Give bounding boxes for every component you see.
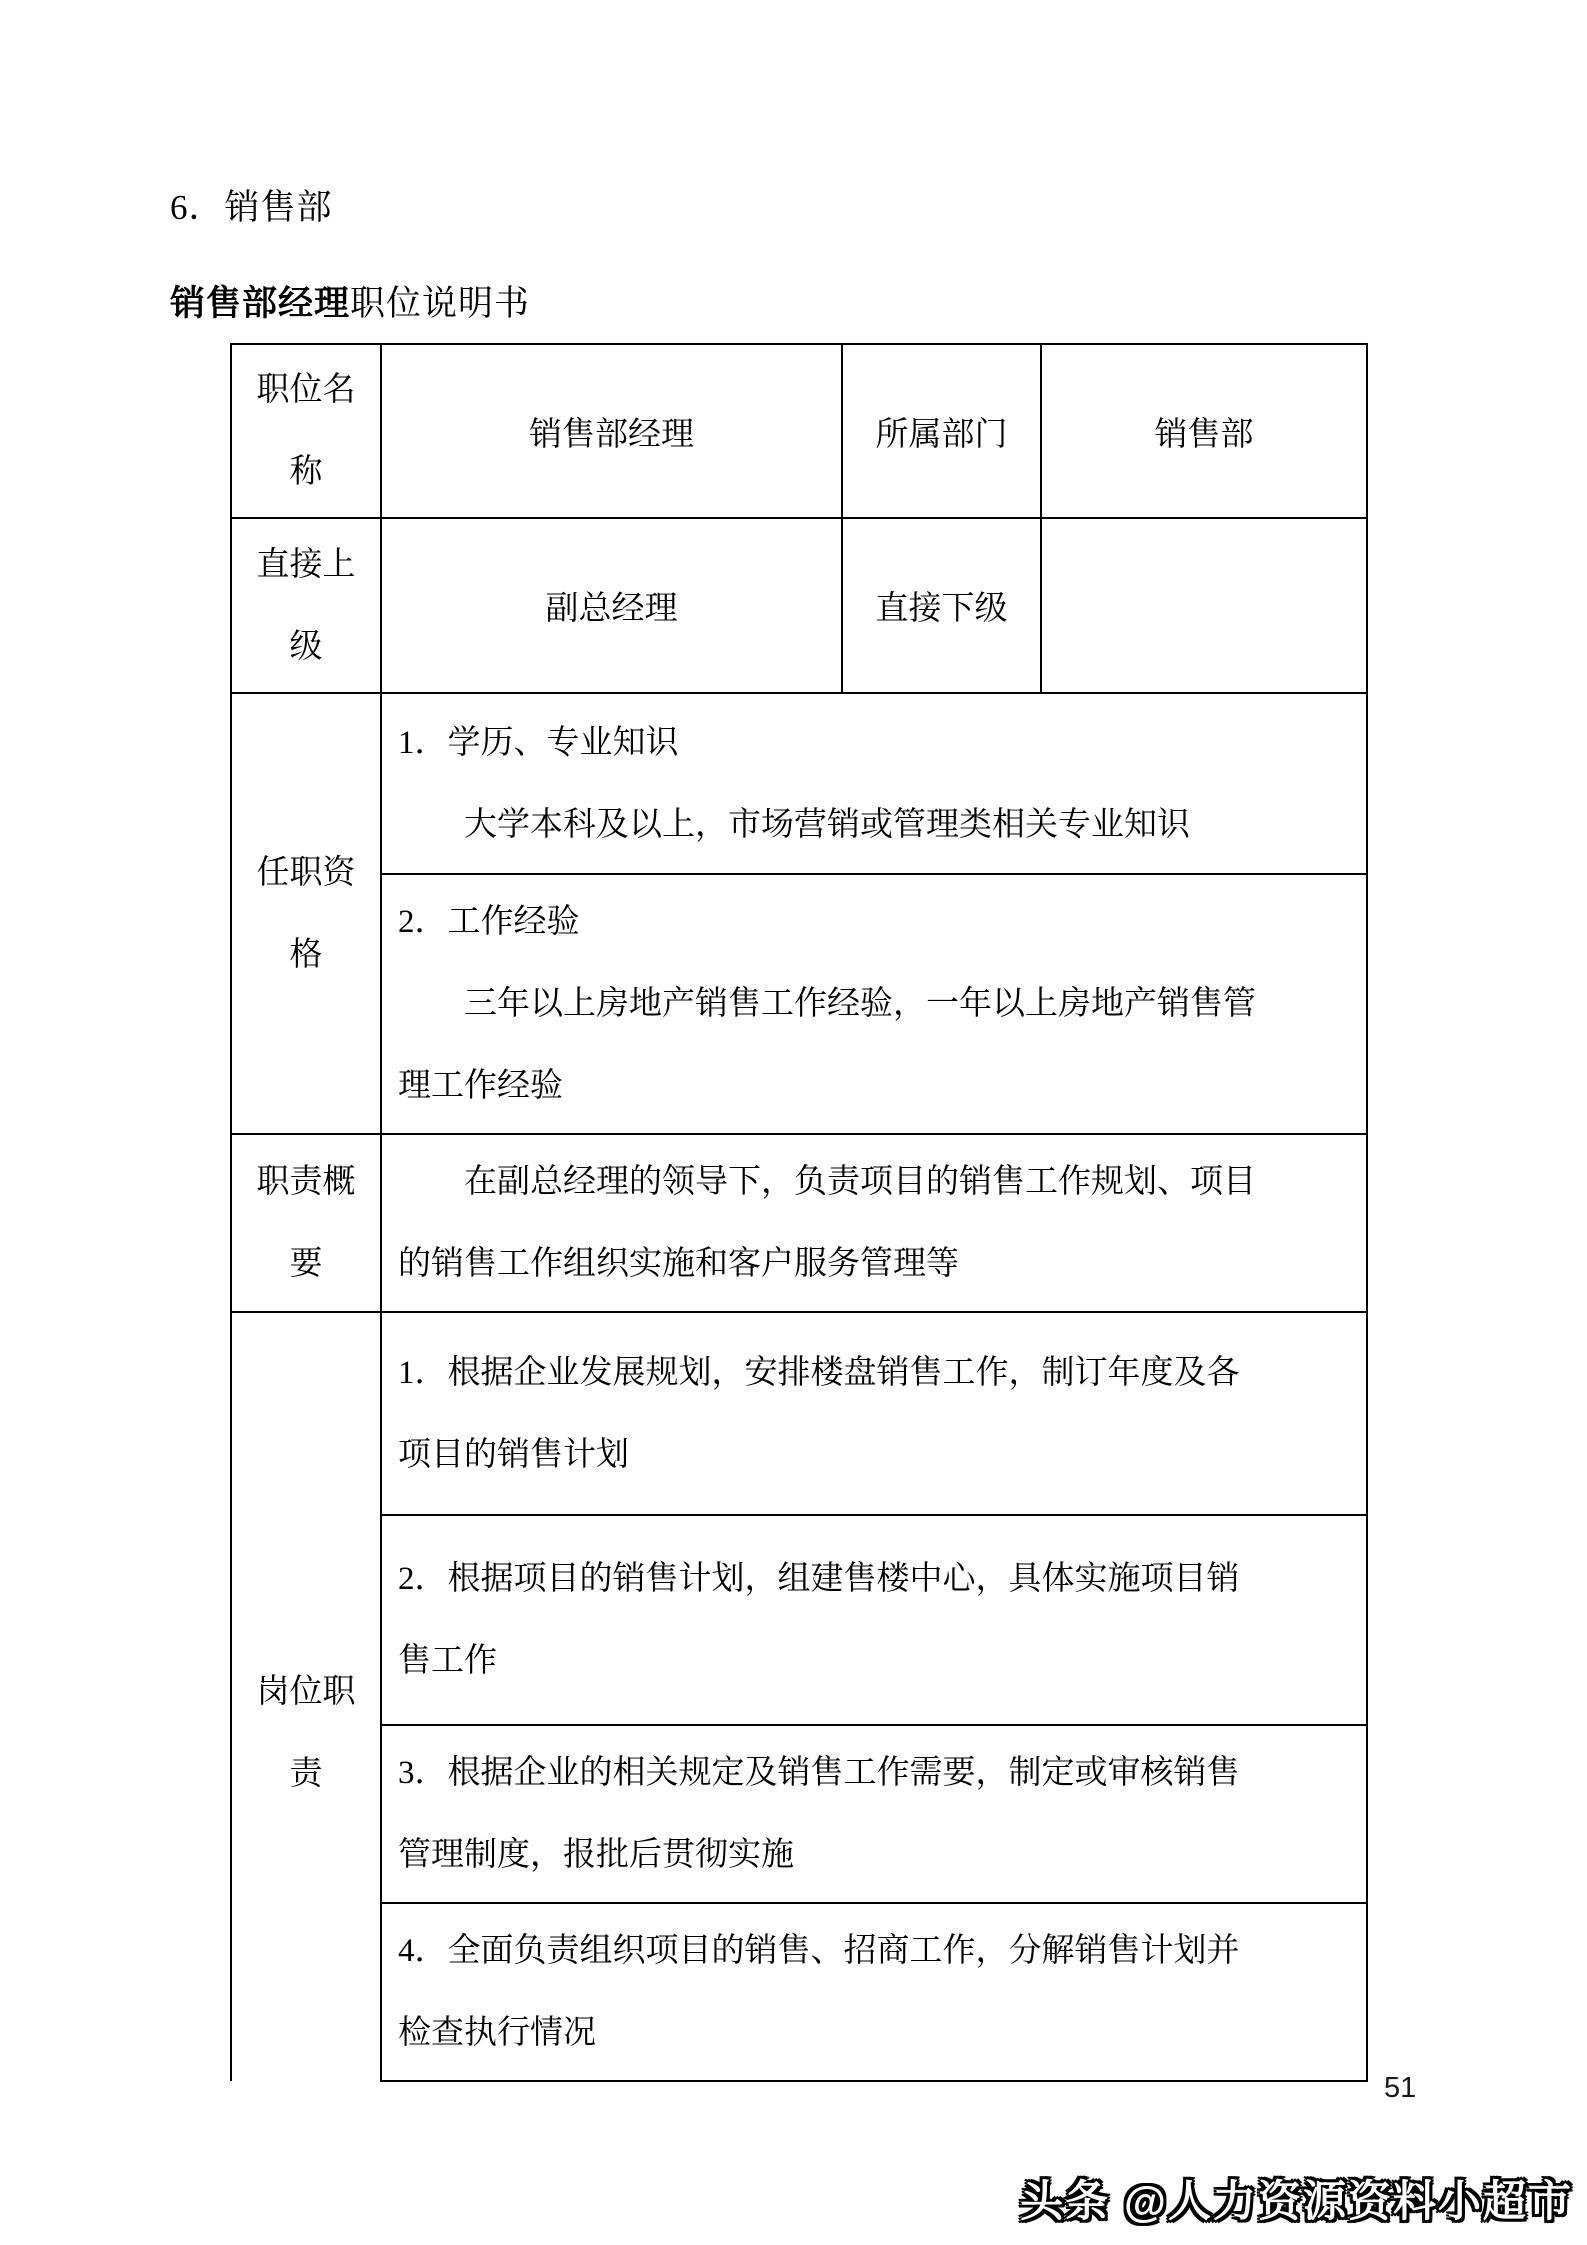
table-row-duty-3: 3．根据企业的相关规定及销售工作需要，制定或审核销售管理制度，报批后贯彻实施	[231, 1725, 1367, 1903]
qualification-experience-cell: 2．工作经验 三年以上房地产销售工作经验，一年以上房地产销售管理工作经验	[381, 874, 1367, 1134]
qualification-item-title: 1．学历、专业知识	[398, 702, 1268, 784]
qualification-education-cell: 1．学历、专业知识 大学本科及以上，市场营销或管理类相关专业知识	[381, 693, 1367, 874]
qualification-item-body: 三年以上房地产销售工作经验，一年以上房地产销售管理工作经验	[398, 963, 1268, 1127]
table-row-reporting: 直接上 级 副总经理 直接下级	[231, 518, 1367, 693]
label-line: 直接上	[232, 524, 380, 606]
label-line: 职位名	[232, 349, 380, 431]
duty-item: 1．根据企业发展规划，安排楼盘销售工作，制订年度及各项目的销售计划	[398, 1332, 1268, 1496]
label-line: 责	[232, 1733, 380, 1815]
duty-item-cell: 2．根据项目的销售计划，组建售楼中心，具体实施项目销售工作	[381, 1515, 1367, 1725]
label-line: 岗位职	[232, 1651, 380, 1733]
department-label: 所属部门	[842, 344, 1041, 518]
duty-item: 4．全面负责组织项目的销售、招商工作，分解销售计划并检查执行情况	[398, 1910, 1268, 2074]
table-row-qualification-education: 任职资 格 1．学历、专业知识 大学本科及以上，市场营销或管理类相关专业知识	[231, 693, 1367, 874]
label-line: 职责概	[232, 1141, 380, 1223]
document-title-rest: 职位说明书	[350, 284, 530, 323]
qualification-item-title: 2．工作经验	[398, 881, 1268, 963]
duty-item-cell: 3．根据企业的相关规定及销售工作需要，制定或审核销售管理制度，报批后贯彻实施	[381, 1725, 1367, 1903]
page-number: 51	[1384, 2072, 1416, 2105]
position-name-value: 销售部经理	[381, 344, 842, 518]
document-title: 销售部经理职位说明书	[170, 276, 530, 326]
position-name-label: 职位名 称	[231, 344, 381, 518]
direct-superior-label: 直接上 级	[231, 518, 381, 693]
document-title-bold: 销售部经理	[170, 284, 350, 323]
label-line: 要	[232, 1223, 380, 1305]
table-row-summary: 职责概 要 在副总经理的领导下，负责项目的销售工作规划、项目的销售工作组织实施和…	[231, 1134, 1367, 1312]
summary-cell: 在副总经理的领导下，负责项目的销售工作规划、项目的销售工作组织实施和客户服务管理…	[381, 1134, 1367, 1312]
direct-subordinate-value	[1041, 518, 1367, 693]
qualification-item-body: 大学本科及以上，市场营销或管理类相关专业知识	[398, 784, 1268, 866]
department-value: 销售部	[1041, 344, 1367, 518]
direct-superior-value: 副总经理	[381, 518, 842, 693]
duty-item-cell: 1．根据企业发展规划，安排楼盘销售工作，制订年度及各项目的销售计划	[381, 1312, 1367, 1515]
qualifications-label: 任职资 格	[231, 693, 381, 1134]
label-line: 格	[232, 914, 380, 996]
section-heading: 6．销售部	[170, 180, 333, 230]
direct-subordinate-label: 直接下级	[842, 518, 1041, 693]
table-row-duty-1: 岗位职 责 1．根据企业发展规划，安排楼盘销售工作，制订年度及各项目的销售计划	[231, 1312, 1367, 1515]
duty-item: 2．根据项目的销售计划，组建售楼中心，具体实施项目销售工作	[398, 1538, 1268, 1702]
label-line: 级	[232, 606, 380, 688]
table-row-duty-4: 4．全面负责组织项目的销售、招商工作，分解销售计划并检查执行情况	[231, 1903, 1367, 2081]
job-description-table: 职位名 称 销售部经理 所属部门 销售部 直接上 级 副总经理 直接下级 任职资…	[230, 343, 1368, 2082]
duty-item-cell: 4．全面负责组织项目的销售、招商工作，分解销售计划并检查执行情况	[381, 1903, 1367, 2081]
watermark-text: 头条 @人力资源资料小超市	[1020, 2168, 1573, 2229]
summary-body: 在副总经理的领导下，负责项目的销售工作规划、项目的销售工作组织实施和客户服务管理…	[398, 1141, 1268, 1305]
table-row-position: 职位名 称 销售部经理 所属部门 销售部	[231, 344, 1367, 518]
document-page: 6．销售部 销售部经理职位说明书 职位名 称 销售部经理 所属部门 销售部 直接…	[0, 0, 1587, 2245]
table-row-qualification-experience: 2．工作经验 三年以上房地产销售工作经验，一年以上房地产销售管理工作经验	[231, 874, 1367, 1134]
duties-label: 岗位职 责	[231, 1312, 381, 2081]
duty-item: 3．根据企业的相关规定及销售工作需要，制定或审核销售管理制度，报批后贯彻实施	[398, 1732, 1268, 1896]
label-line: 称	[232, 431, 380, 513]
label-line: 任职资	[232, 832, 380, 914]
summary-label: 职责概 要	[231, 1134, 381, 1312]
table-row-duty-2: 2．根据项目的销售计划，组建售楼中心，具体实施项目销售工作	[231, 1515, 1367, 1725]
